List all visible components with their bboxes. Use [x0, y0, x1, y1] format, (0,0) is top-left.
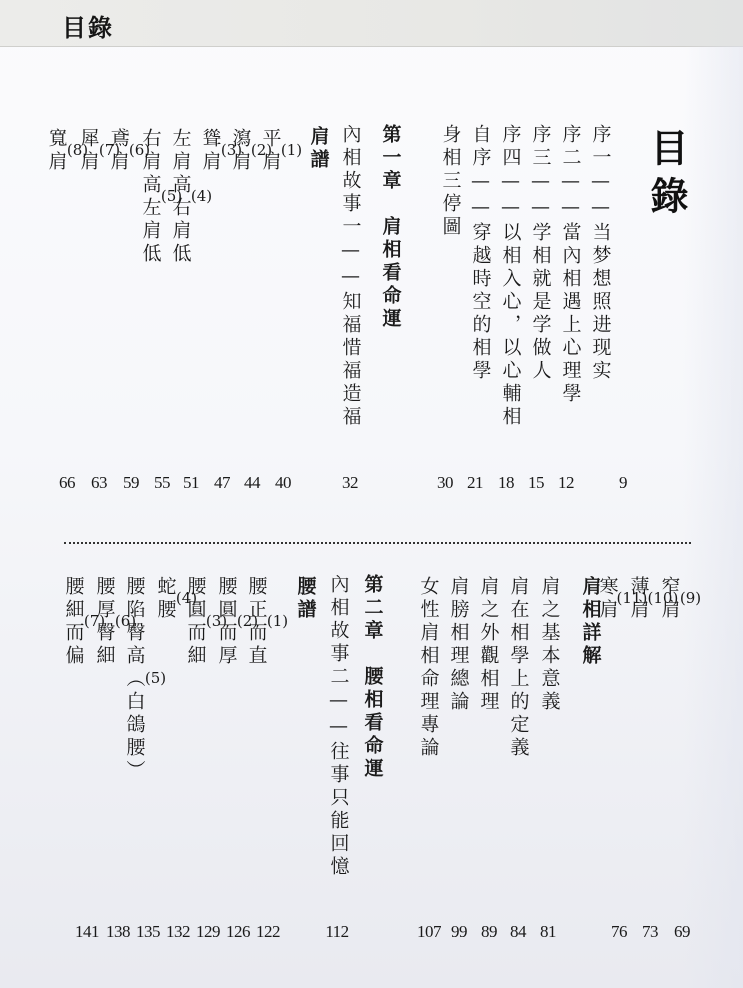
item-number: (4): [175, 591, 199, 606]
toc-entry-detail-5[interactable]: 女性肩相命理專論: [419, 576, 438, 760]
page-number: 138: [106, 922, 130, 942]
toc-entry-author-preface[interactable]: 自序——穿越時空的相學: [471, 124, 490, 383]
header-title: 目錄: [62, 8, 114, 43]
section-shoulder-details[interactable]: 肩相詳解: [581, 576, 600, 668]
item-number: (4): [190, 189, 214, 204]
chapter-1-title[interactable]: 第一章 肩相看命運: [381, 124, 400, 331]
item-label: 腰細而偏: [64, 576, 83, 668]
page-number: 47: [214, 473, 230, 493]
item-number: (5): [144, 671, 168, 686]
toc-entry-detail-1[interactable]: 肩之基本意義: [540, 576, 559, 714]
item-number: (3): [205, 614, 229, 629]
item-number: (9): [679, 591, 703, 606]
page-number: 129: [196, 922, 220, 942]
toc-entry-preface-1[interactable]: 序一——当梦想照进现实: [591, 124, 610, 383]
chapter-2-title[interactable]: 第二章 腰相看命運: [363, 574, 382, 781]
item-number: (6): [128, 143, 152, 158]
page-number: 89: [481, 922, 497, 942]
page-number: 112: [325, 922, 348, 942]
item-number: (3): [220, 143, 244, 158]
toc-entry-preface-3[interactable]: 序三——学相就是学做人: [531, 124, 550, 383]
page-title: 目錄: [647, 128, 685, 224]
page-number: 40: [275, 473, 291, 493]
item-number: (7): [83, 614, 107, 629]
item-number: (7): [98, 143, 122, 158]
page-number: 18: [498, 473, 514, 493]
toc-entry-shoulder-11[interactable]: (11)寒肩: [598, 576, 641, 622]
item-number: (6): [114, 614, 138, 629]
page-number: 73: [642, 922, 658, 942]
page-number: 32: [342, 473, 358, 493]
page-number: 76: [611, 922, 627, 942]
page-number: 30: [437, 473, 453, 493]
toc-entry-detail-3[interactable]: 肩之外觀相理: [479, 576, 498, 714]
page-number: 59: [123, 473, 139, 493]
page-number: 69: [674, 922, 690, 942]
toc-entry-story-1[interactable]: 內相故事一——知福惜福造福: [341, 124, 360, 429]
item-number: (8): [66, 143, 90, 158]
header-band: 目錄: [0, 0, 743, 47]
toc-entry-body-diagram[interactable]: 身相三停圖: [441, 124, 460, 239]
page-number: 122: [256, 922, 280, 942]
page-shadow: [683, 46, 743, 988]
item-number: (1): [266, 614, 290, 629]
page-number: 44: [244, 473, 260, 493]
toc-entry-detail-4[interactable]: 肩膀相理總論: [449, 576, 468, 714]
toc-entry-preface-4[interactable]: 序四——以相入心，以心輔相: [501, 124, 520, 429]
item-number: (2): [236, 614, 260, 629]
page-number: 99: [451, 922, 467, 942]
dotted-divider: [64, 542, 691, 544]
page-number: 9: [619, 473, 627, 493]
toc-entry-detail-2[interactable]: 肩在相學上的定義: [509, 576, 528, 760]
toc-entry-waist-7[interactable]: (7)腰細而偏: [64, 576, 107, 668]
page-number: 126: [226, 922, 250, 942]
section-waist-types[interactable]: 腰譜: [296, 576, 315, 622]
item-number: (1): [280, 143, 304, 158]
item-label: 寬肩: [47, 128, 66, 174]
toc-entry-preface-2[interactable]: 序二——當內相遇上心理學: [561, 124, 580, 406]
page-number: 12: [558, 473, 574, 493]
toc-entry-story-2[interactable]: 內相故事二——往事只能回憶: [329, 574, 348, 879]
page-number: 66: [59, 473, 75, 493]
page-number: 15: [528, 473, 544, 493]
page-number: 135: [136, 922, 160, 942]
page-number: 132: [166, 922, 190, 942]
item-number: (2): [250, 143, 274, 158]
item-number: (5): [160, 189, 184, 204]
page-number: 51: [183, 473, 199, 493]
page-number: 21: [467, 473, 483, 493]
section-shoulder-types[interactable]: 肩譜: [309, 126, 328, 172]
item-number: (11): [617, 591, 641, 606]
page-number: 81: [540, 922, 556, 942]
page-number: 84: [510, 922, 526, 942]
item-number: (10): [648, 591, 672, 606]
page-number: 141: [75, 922, 99, 942]
page-number: 63: [91, 473, 107, 493]
page-number: 107: [417, 922, 441, 942]
page-number: 55: [154, 473, 170, 493]
toc-entry-shoulder-8[interactable]: (8)寬肩: [47, 128, 90, 174]
